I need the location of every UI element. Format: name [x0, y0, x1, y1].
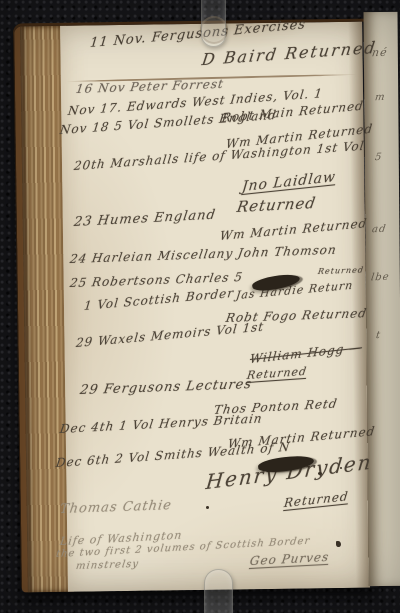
edge-text-fragment: lbe [370, 272, 390, 284]
acrylic-page-weight-bottom [204, 569, 233, 613]
edge-text-fragment: né [371, 46, 388, 60]
edge-text-fragment: 5 [374, 152, 383, 163]
acrylic-page-weight-top [201, 0, 226, 47]
edge-text-fragment: m [374, 92, 386, 103]
photo-of-ledger: { "ledger": { "entries": [ {"text": "11 … [0, 0, 400, 613]
ledger-entry: minstrelsy [75, 559, 139, 572]
ink-speck [340, 467, 342, 469]
ink-speck [206, 506, 209, 509]
edge-text-fragment: ad [371, 224, 387, 236]
ink-speck [336, 541, 341, 547]
borrower-note: Returned [317, 265, 364, 276]
ink-speck [318, 472, 322, 475]
